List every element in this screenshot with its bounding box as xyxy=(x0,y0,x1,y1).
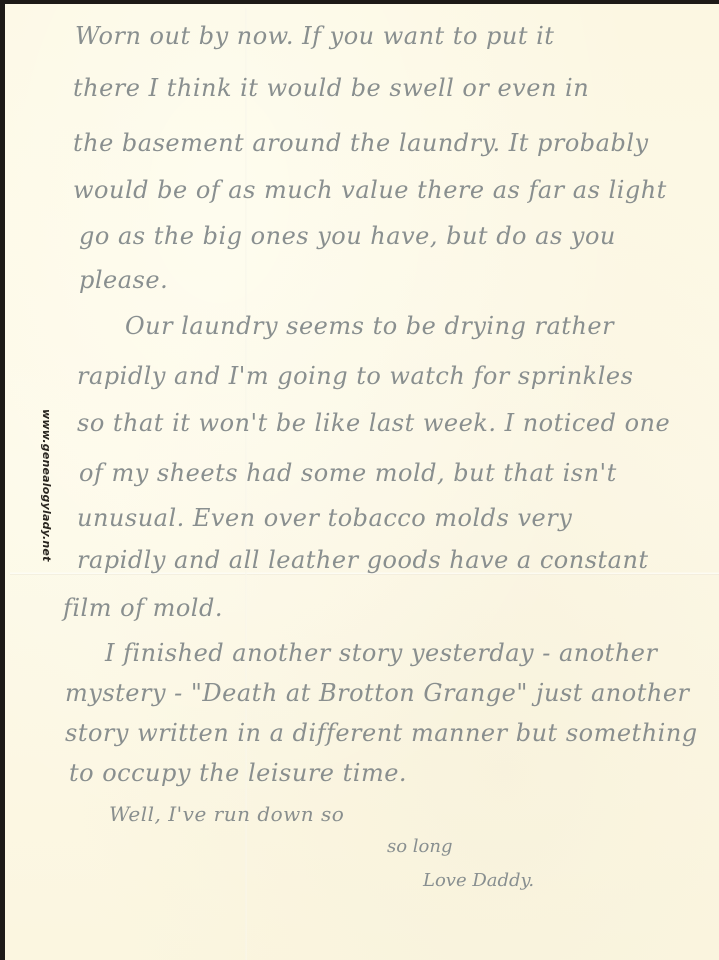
letter-line: Worn out by now. If you want to put it xyxy=(75,22,554,50)
letter-page: www.genealogylady.net Worn out by now. I… xyxy=(0,0,719,960)
letter-line: rapidly and I'm going to watch for sprin… xyxy=(77,362,633,390)
letter-line: unusual. Even over tobacco molds very xyxy=(77,504,572,532)
letter-line: go as the big ones you have, but do as y… xyxy=(79,222,616,250)
signature: Love Daddy. xyxy=(423,870,534,891)
letter-line: so that it won't be like last week. I no… xyxy=(77,409,670,437)
letter-line: rapidly and all leather goods have a con… xyxy=(77,546,649,574)
letter-line: mystery - "Death at Brotton Grange" just… xyxy=(65,679,690,707)
letter-line: to occupy the leisure time. xyxy=(69,759,407,787)
letter-line: there I think it would be swell or even … xyxy=(73,74,589,102)
letter-line: would be of as much value there as far a… xyxy=(73,176,667,204)
letter-line: story written in a different manner but … xyxy=(65,719,698,747)
closing: so long xyxy=(387,836,453,857)
letter-line: of my sheets had some mold, but that isn… xyxy=(79,459,617,487)
letter-line: Our laundry seems to be drying rather xyxy=(125,312,614,340)
letter-line: Well, I've run down so xyxy=(109,802,344,826)
letter-line: I finished another story yesterday - ano… xyxy=(105,639,657,667)
letter-line: the basement around the laundry. It prob… xyxy=(73,129,649,157)
letter-line: please. xyxy=(79,266,168,294)
watermark: www.genealogylady.net xyxy=(33,409,53,569)
letter-line: film of mold. xyxy=(63,594,223,622)
